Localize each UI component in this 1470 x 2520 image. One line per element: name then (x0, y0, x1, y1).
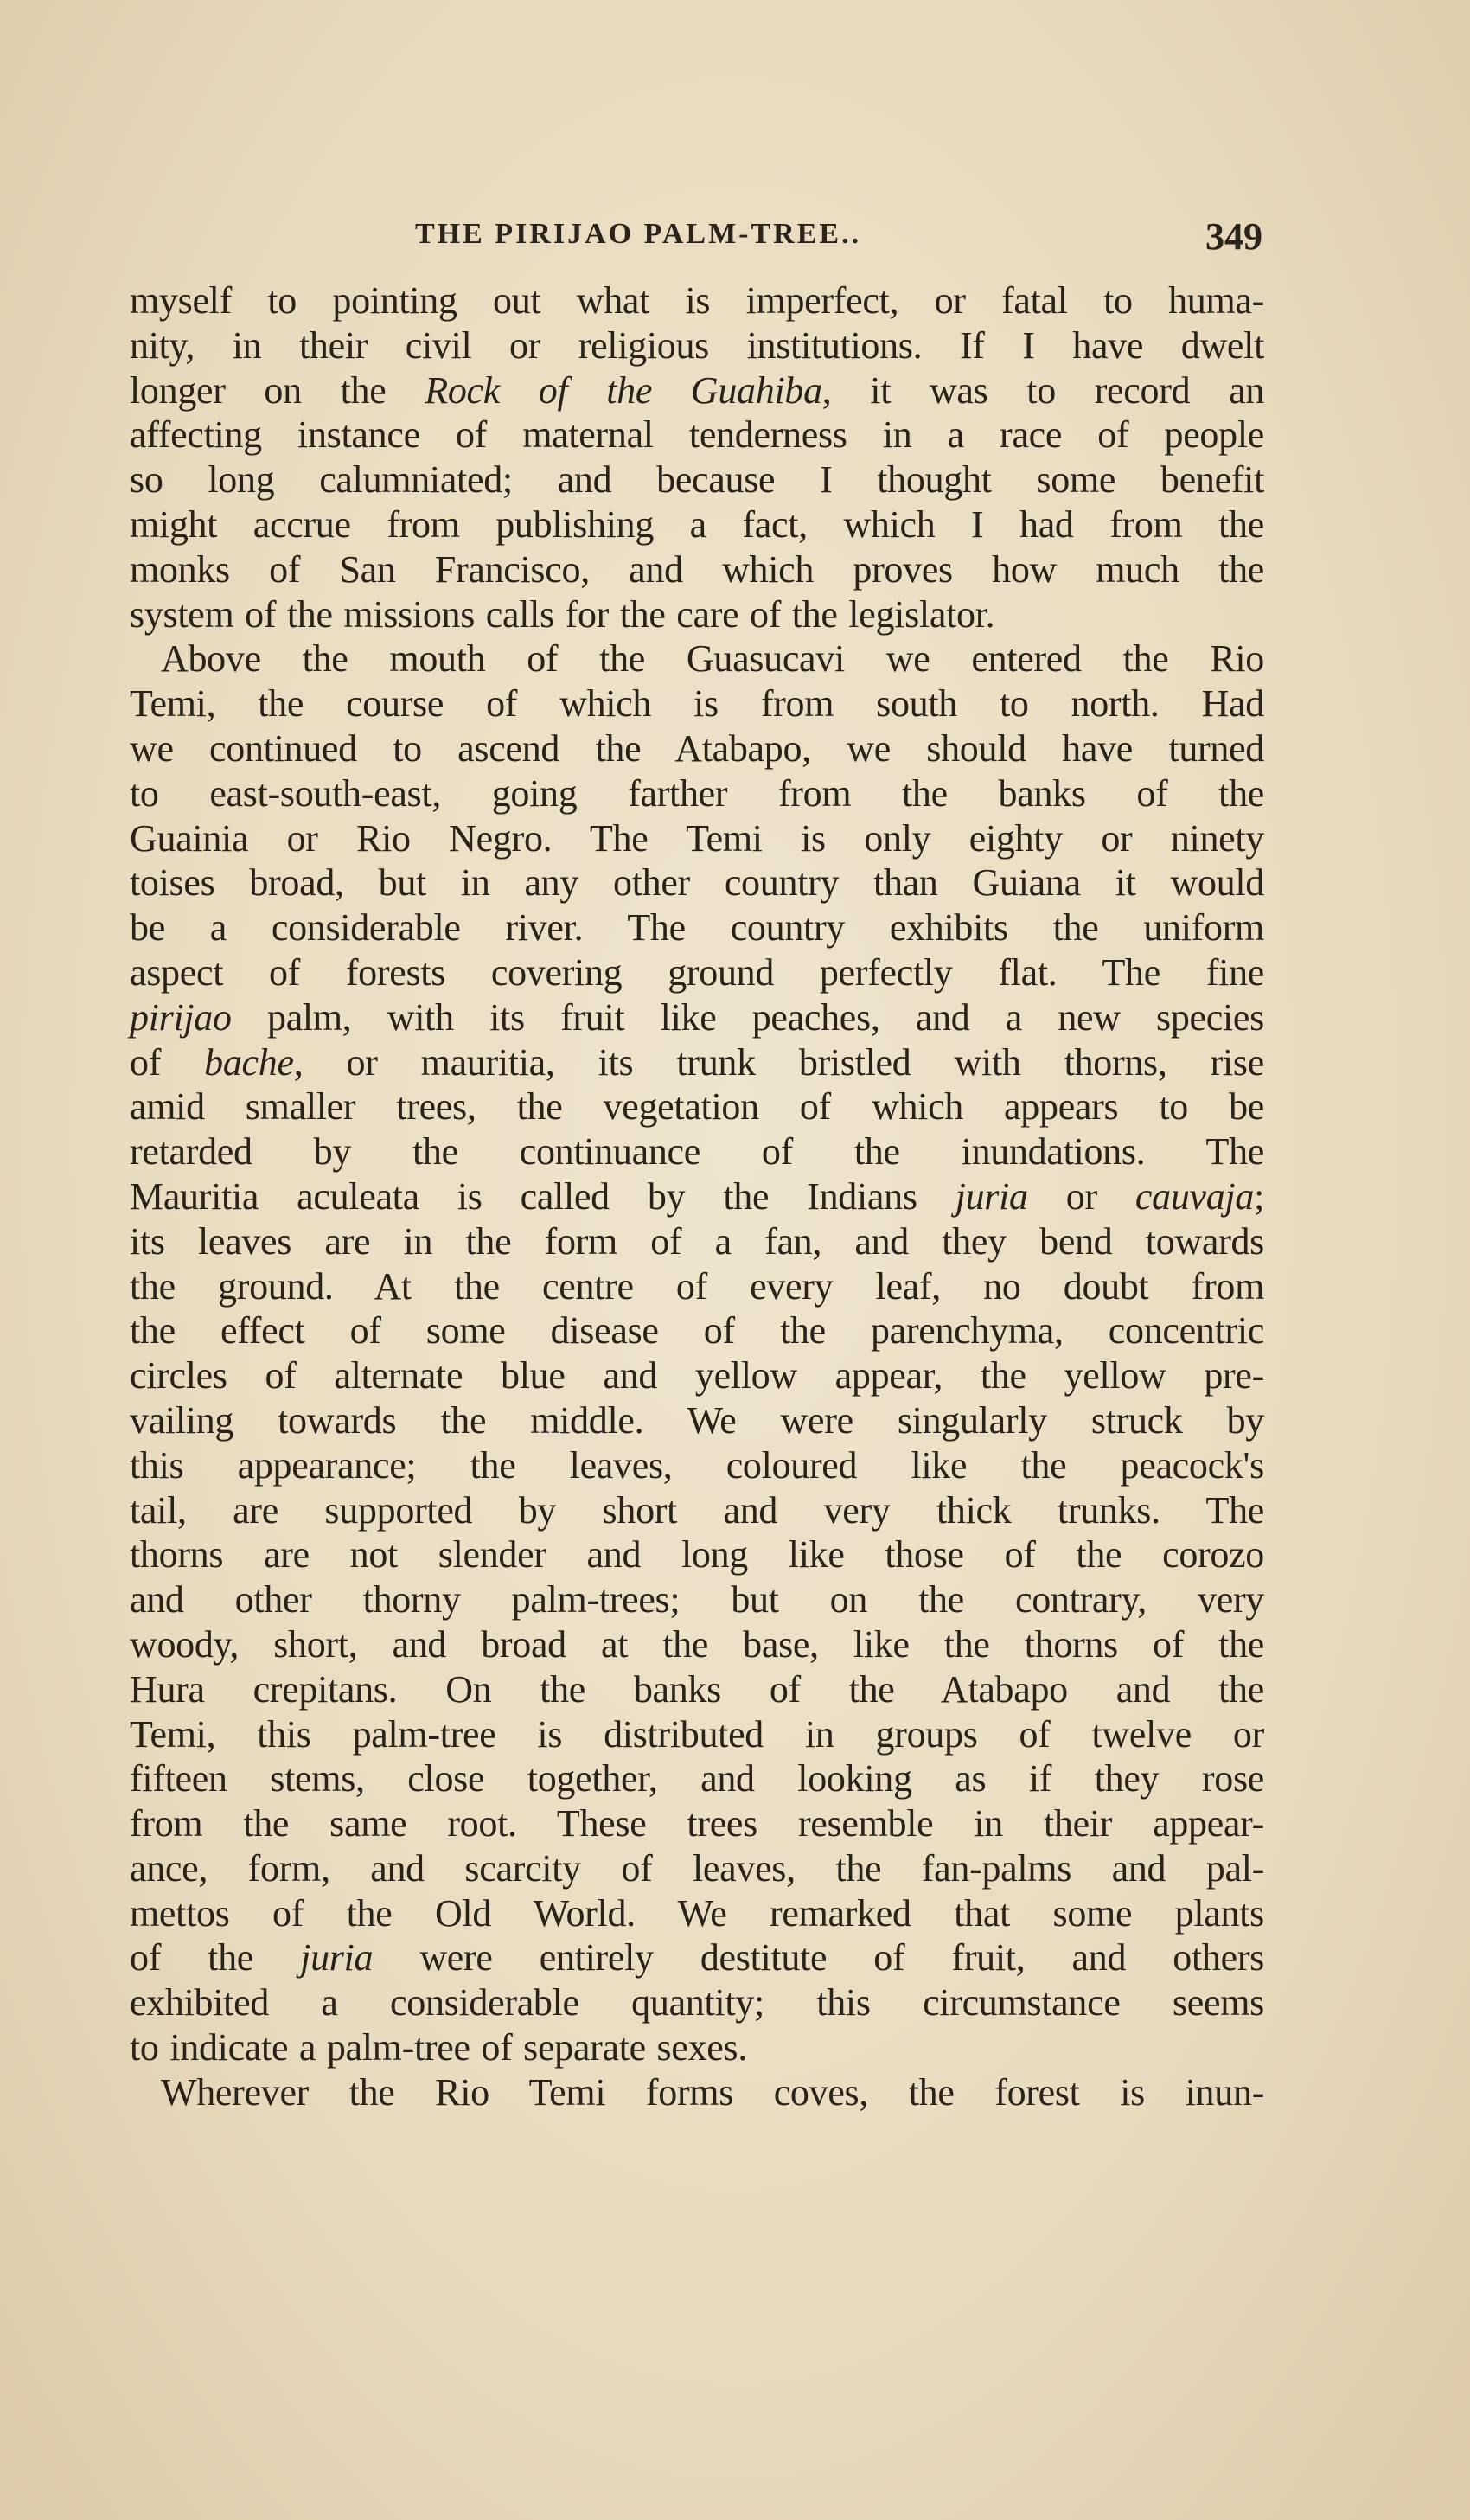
text-line: aspect of forests covering ground perfec… (130, 950, 1264, 995)
text-line: pirijao palm, with its fruit like peache… (130, 995, 1264, 1040)
text-line: of the juria were entirely destitute of … (130, 1935, 1264, 1980)
text-line: tail, are supported by short and very th… (130, 1488, 1264, 1533)
text-line: Mauritia aculeata is called by the India… (130, 1174, 1264, 1219)
text-line: thorns are not slender and long like tho… (130, 1532, 1264, 1577)
text-line: toises broad, but in any other country t… (130, 860, 1264, 905)
text-line: myself to pointing out what is imperfect… (130, 278, 1264, 323)
text-line: its leaves are in the form of a fan, and… (130, 1219, 1264, 1264)
text-line: Guainia or Rio Negro. The Temi is only e… (130, 816, 1264, 861)
running-title: THE PIRIJAO PALM-TREE.. (415, 218, 861, 251)
text-line: to east-south-east, going farther from t… (130, 771, 1264, 816)
text-line: circles of alternate blue and yellow app… (130, 1353, 1264, 1398)
text-line: be a considerable river. The country exh… (130, 905, 1264, 950)
text-line: fifteen stems, close together, and looki… (130, 1756, 1264, 1801)
text-line: retarded by the continuance of the inund… (130, 1129, 1264, 1174)
text-line: of bache, or mauritia, its trunk bristle… (130, 1040, 1264, 1085)
book-page: THE PIRIJAO PALM-TREE.. 349 myself to po… (0, 0, 1470, 2520)
text-line: nity, in their civil or religious instit… (130, 323, 1264, 368)
text-line: mettos of the Old World. We remarked tha… (130, 1891, 1264, 1936)
text-line: the effect of some disease of the parenc… (130, 1308, 1264, 1353)
text-line: monks of San Francisco, and which proves… (130, 547, 1264, 592)
text-line: Temi, the course of which is from south … (130, 681, 1264, 726)
page-number: 349 (1205, 214, 1262, 259)
text-line: vailing towards the middle. We were sing… (130, 1398, 1264, 1443)
text-line: to indicate a palm-tree of separate sexe… (130, 2025, 1264, 2070)
text-line: the ground. At the centre of every leaf,… (130, 1264, 1264, 1309)
text-line: we continued to ascend the Atabapo, we s… (130, 726, 1264, 771)
text-line: ance, form, and scarcity of leaves, the … (130, 1846, 1264, 1891)
page-header: THE PIRIJAO PALM-TREE.. 349 (130, 214, 1262, 258)
text-line: from the same root. These trees resemble… (130, 1801, 1264, 1846)
paragraph-start-line: Above the mouth of the Guasucavi we ente… (130, 636, 1264, 681)
paragraph-start-line: Wherever the Rio Temi forms coves, the f… (130, 2070, 1264, 2115)
text-line: system of the missions calls for the car… (130, 592, 1264, 637)
text-line: amid smaller trees, the vegetation of wh… (130, 1084, 1264, 1129)
text-line: Temi, this palm-tree is distributed in g… (130, 1712, 1264, 1757)
text-line: Hura crepitans. On the banks of the Atab… (130, 1667, 1264, 1712)
text-line: woody, short, and broad at the base, lik… (130, 1622, 1264, 1667)
text-line: might accrue from publishing a fact, whi… (130, 502, 1264, 547)
body-text: myself to pointing out what is imperfect… (130, 278, 1264, 2115)
text-line: and other thorny palm-trees; but on the … (130, 1577, 1264, 1622)
text-line: so long calumniated; and because I thoug… (130, 457, 1264, 502)
text-line: affecting instance of maternal tendernes… (130, 413, 1264, 457)
text-line: longer on the Rock of the Guahiba, it wa… (130, 368, 1264, 413)
text-line: this appearance; the leaves, coloured li… (130, 1443, 1264, 1488)
text-line: exhibited a considerable quantity; this … (130, 1980, 1264, 2025)
